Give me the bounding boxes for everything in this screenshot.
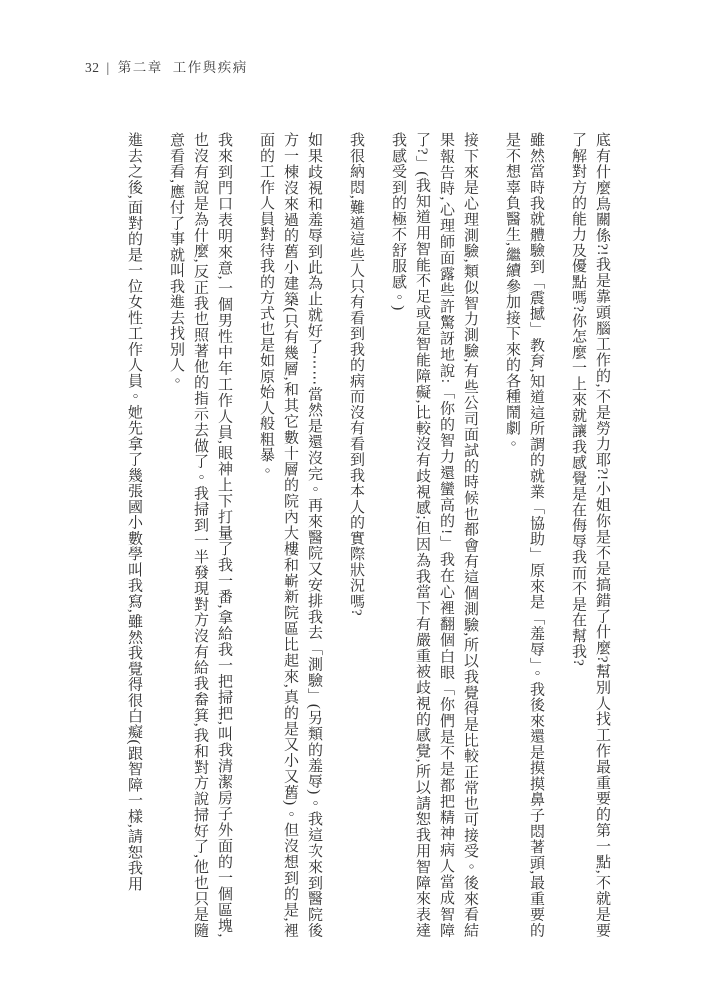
chapter-title: 工作與疾病 [173,56,248,76]
paragraph-4: 我很納悶,難道這些人只有看到我的病而沒有看到我本人的實際狀況嗎? [344,132,368,938]
paragraph-1: 底有什麼鳥關係?!我是靠頭腦工作的,不是勞力耶?!小姐你是不是搞錯了什麼?幫別人… [566,132,614,938]
paragraph-7: 進去之後,面對的是一位女性工作人員。她先拿了幾張國小數學叫我寫,雖然我覺得很白癡… [122,132,146,938]
header-divider: | [107,60,111,76]
paragraph-2: 雖然當時我就體驗到「震撼」教育,知道這所謂的就業「協助」原來是「羞辱」。我後來還… [500,132,548,938]
paragraph-5: 如果歧視和羞辱到此為止就好了⋯⋯當然是還沒完。再來醫院又安排我去「測驗」(另類的… [254,132,326,938]
chapter-label: 第二章 [118,56,163,76]
paragraph-3: 接下來是心理測驗,類似智力測驗,有些公司面試的時候也都會有這個測驗,所以我覺得是… [386,132,482,938]
body-text-block: 底有什麼鳥關係?!我是靠頭腦工作的,不是勞力耶?!小姐你是不是搞錯了什麼?幫別人… [122,132,614,938]
paragraph-6: 我來到門口表明來意,一個男性中年工作人員,眼神上下打量了我一番,拿給我一把掃把,… [164,132,236,938]
book-page: 32 | 第二章 工作與疾病 底有什麼鳥關係?!我是靠頭腦工作的,不是勞力耶?!… [0,0,708,1000]
running-header: 32 | 第二章 工作與疾病 [85,56,248,76]
page-number: 32 [85,60,100,76]
